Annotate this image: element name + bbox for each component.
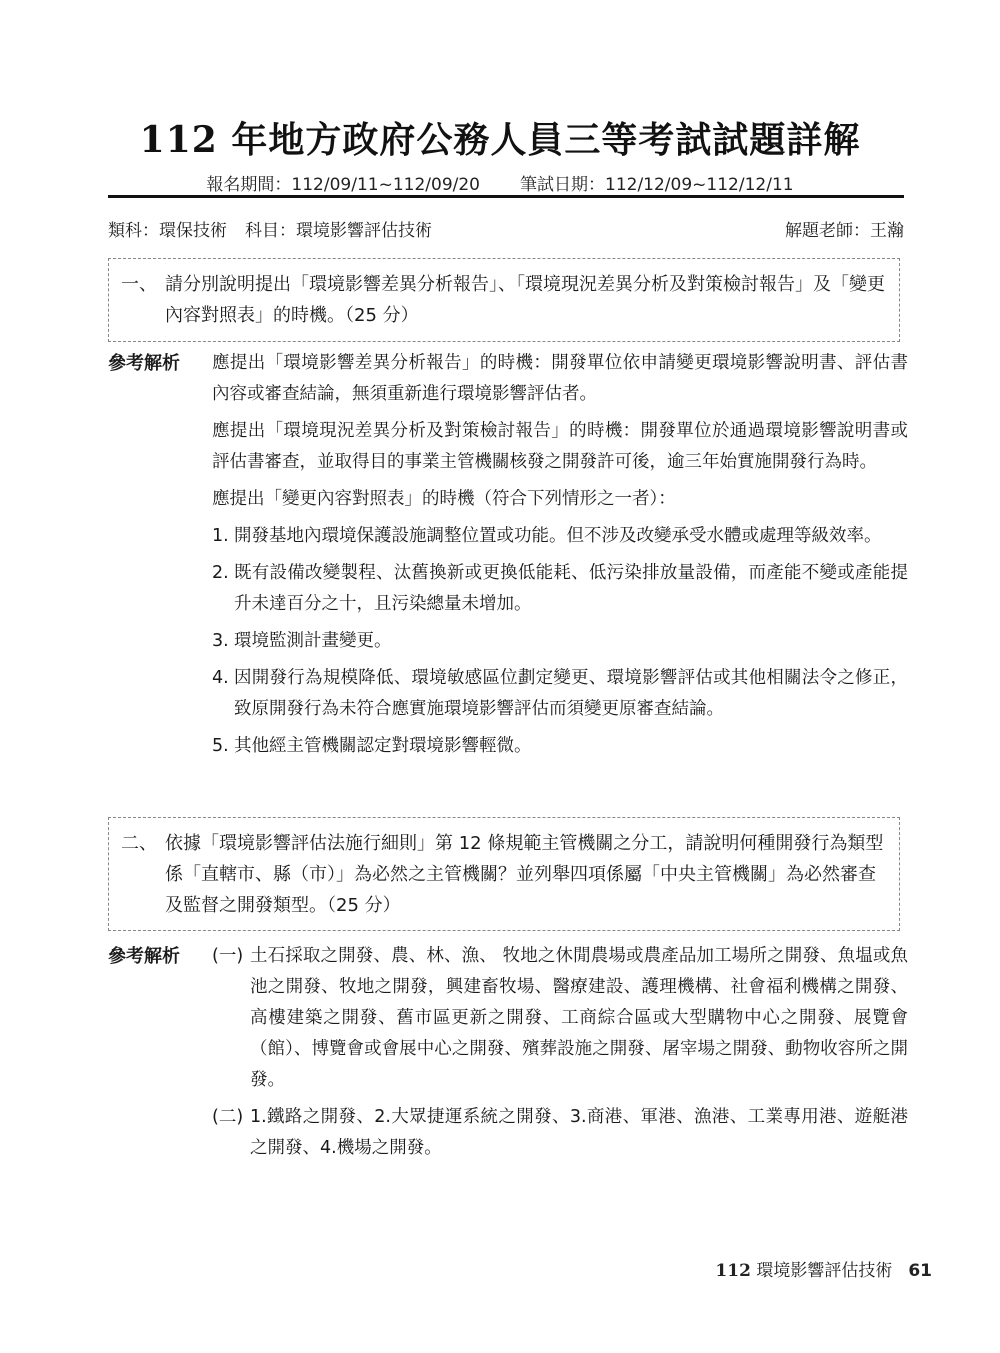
list-item: 5.其他經主管機關認定對環境影響輕微。 [212,731,908,762]
header-divider [108,195,904,198]
answer-part: (二)1.鐵路之開發、2.大眾捷運系統之開發、3.商港、軍港、漁港、工業專用港、… [212,1102,908,1164]
question-number: 二、 [121,828,157,859]
subject: 科目：環境影響評估技術 [245,221,432,241]
answer-part: (一)土石採取之開發、農、林、漁、 牧地之休閒農場或農產品加工場所之開發、魚塭或… [212,941,908,1096]
exam-meta: 類科：環保技術科目：環境影響評估技術 解題老師：王瀚 [108,216,904,241]
question-text: 依據「環境影響評估法施行細則」第 12 條規範主管機關之分工，請說明何種開發行為… [165,828,889,921]
list-item: 3.環境監測計畫變更。 [212,626,908,657]
answer-section-1: 參考解析 應提出「環境影響差異分析報告」的時機：開發單位依申請變更環境影響說明書… [108,348,908,768]
answer-paragraph: 應提出「變更內容對照表」的時機（符合下列情形之一者）： [212,484,908,515]
category: 類科：環保技術 [108,221,227,241]
question-text: 請分別說明提出「環境影響差異分析報告」、「環境現況差異分析及對策檢討報告」及「變… [165,269,889,331]
footer-book-title: 環境影響評估技術 [756,1261,892,1281]
answer-paragraph: 應提出「環境現況差異分析及對策檢討報告」的時機：開發單位於通過環境影響說明書或評… [212,416,908,478]
footer-year: 112 [715,1261,751,1281]
list-item: 1.開發基地內環境保護設施調整位置或功能。但不涉及改變承受水體或處理等級效率。 [212,521,908,552]
page-title: 112 年地方政府公務人員三等考試試題詳解 [0,112,1000,163]
teacher: 解題老師：王瀚 [785,216,904,241]
page-footer: 112 環境影響評估技術61 [715,1256,932,1281]
question-box-1: 一、 請分別說明提出「環境影響差異分析報告」、「環境現況差異分析及對策檢討報告」… [108,258,900,342]
written-exam-dates: 筆試日期：112/12/09~112/12/11 [520,175,794,195]
list-item: 4.因開發行為規模降低、環境敏感區位劃定變更、環境影響評估或其他相關法令之修正，… [212,663,908,725]
page-number: 61 [908,1261,932,1281]
registration-period: 報名期間：112/09/11~112/09/20 [206,175,480,195]
answer-paragraph: 應提出「環境影響差異分析報告」的時機：開發單位依申請變更環境影響說明書、評估書內… [212,348,908,410]
answer-label: 參考解析 [108,941,180,972]
list-item: 2.既有設備改變製程、汰舊換新或更換低能耗、低污染排放量設備，而產能不變或產能提… [212,558,908,620]
question-box-2: 二、 依據「環境影響評估法施行細則」第 12 條規範主管機關之分工，請說明何種開… [108,817,900,931]
exam-dates: 報名期間：112/09/11~112/09/20筆試日期：112/12/09~1… [0,170,1000,195]
question-number: 一、 [121,269,157,300]
answer-section-2: 參考解析 (一)土石採取之開發、農、林、漁、 牧地之休閒農場或農產品加工場所之開… [108,941,908,1170]
answer-label: 參考解析 [108,348,180,379]
